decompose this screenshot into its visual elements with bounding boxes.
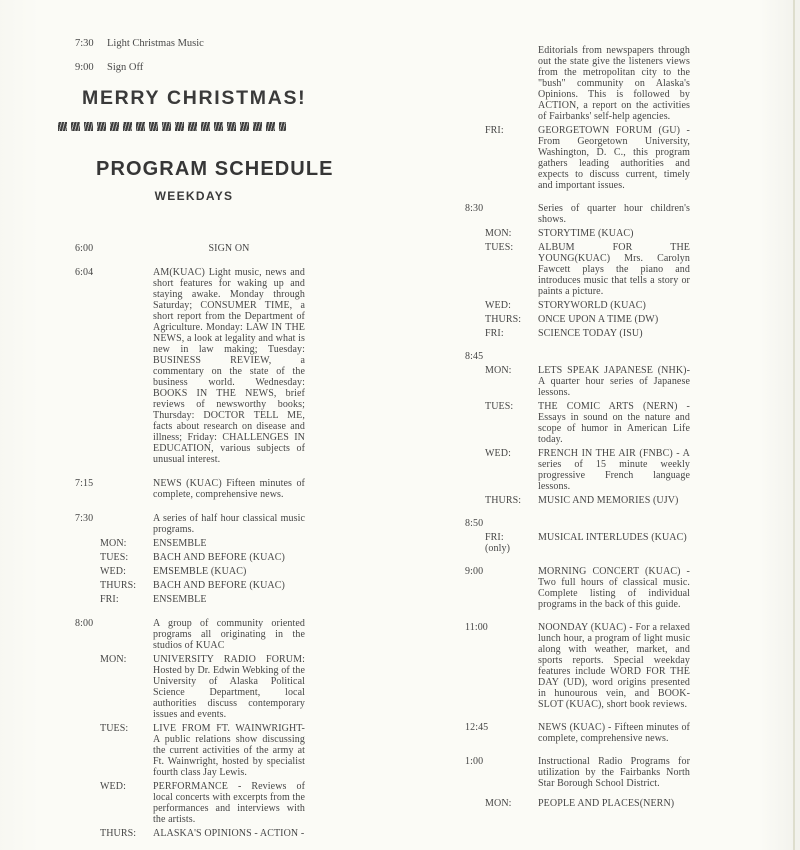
day-row: MON: PEOPLE AND PLACES(NERN) [465,798,690,809]
day-label: MON: [100,538,153,549]
day-row: MON: STORYTIME (KUAC) [465,228,690,239]
day-label: MON: [485,798,538,809]
schedule-entry: 8:30 Series of quarter hour children's s… [465,203,690,339]
title-group: PROGRAM SCHEDULE WEEKDAYS [96,158,292,203]
program-text: UNIVERSITY RADIO FORUM: Hosted by Dr. Ed… [153,654,305,720]
time-label: 8:50 [465,518,538,529]
day-row: THURS: ONCE UPON A TIME (DW) [465,314,690,325]
schedule-entry: 8:45 MON: LETS SPEAK JAPANESE (NHK)- A q… [465,351,690,506]
time-label: 6:04 [75,267,153,465]
day-label: THURS: [100,580,153,591]
program-text: LIVE FROM FT. WAINWRIGHT- A public relat… [153,723,305,778]
day-row: FRI: (only) MUSICAL INTERLUDES (KUAC) [465,532,690,554]
time-label [465,45,538,122]
program-text: MORNING CONCERT (KUAC) - Two full hours … [538,566,690,610]
day-label: WED: [100,566,153,577]
day-row: WED: PERFORMANCE - Reviews of local conc… [75,781,305,825]
time-label: 8:30 [465,203,538,225]
day-row: TUES: THE COMIC ARTS (NERN) - Essays in … [465,401,690,445]
schedule-entry: 6:04 AM(KUAC) Light music, news and shor… [75,267,305,465]
day-label: WED: [100,781,153,825]
day-row: FRI: ENSEMBLE [75,594,305,605]
day-label: TUES: [100,552,153,563]
schedule-entry: 7:15 NEWS (KUAC) Fifteen minutes of comp… [75,478,305,500]
program-text: SCIENCE TODAY (ISU) [538,328,690,339]
schedule-entry: 12:45 NEWS (KUAC) - Fifteen minutes of c… [465,722,690,744]
time-label: 11:00 [465,622,538,710]
program-text: PEOPLE AND PLACES(NERN) [538,798,690,809]
day-label: THURS: [485,314,538,325]
day-label: TUES: [485,401,538,445]
merry-christmas-banner: MERRY CHRISTMAS! [82,87,305,110]
time-label: 7:15 [75,478,153,500]
day-label: TUES: [485,242,538,297]
schedule-entry: Editorials from newspapers through out t… [465,45,690,191]
day-label: WED: [485,448,538,492]
page-header: 7:30 Light Christmas Music 9:00 Sign Off… [58,38,305,203]
program-text: STORYTIME (KUAC) [538,228,690,239]
program-text: FRENCH IN THE AIR (FNBC) - A series of 1… [538,448,690,492]
day-label: WED: [485,300,538,311]
time-label: 9:00 [75,62,107,74]
right-column: Editorials from newspapers through out t… [465,45,690,821]
schedule-entry: 8:00 A group of community oriented progr… [75,618,305,839]
day-row: THURS: MUSIC AND MEMORIES (UJV) [465,495,690,506]
time-label: 1:00 [465,756,538,789]
time-label: 7:30 [75,513,153,535]
schedule-entry: 6:00 SIGN ON [75,243,305,254]
day-row: WED: STORYWORLD (KUAC) [465,300,690,311]
time-label: 9:00 [465,566,538,610]
day-label: MON: [485,365,538,398]
program-text: Series of quarter hour children's shows. [538,203,690,225]
page-title: PROGRAM SCHEDULE [96,158,292,181]
program-text: GEORGETOWN FORUM (GU) - From Georgetown … [538,125,690,191]
program-text: A group of community oriented programs a… [153,618,305,651]
program-text: ENSEMBLE [153,594,305,605]
schedule-row: 7:30 Light Christmas Music [75,38,305,50]
day-row: MON: UNIVERSITY RADIO FORUM: Hosted by D… [75,654,305,720]
day-row: MON: ENSEMBLE [75,538,305,549]
program-text: THE COMIC ARTS (NERN) - Essays in sound … [538,401,690,445]
schedule-entry: 11:00 NOONDAY (KUAC) - For a relaxed lun… [465,622,690,710]
schedule-row: 9:00 Sign Off [75,62,305,74]
program-text: ALASKA'S OPINIONS - ACTION - [153,828,305,839]
day-row: TUES: ALBUM FOR THE YOUNG(KUAC) Mrs. Car… [465,242,690,297]
day-label: THURS: [485,495,538,506]
day-label: TUES: [100,723,153,778]
day-row: THURS: ALASKA'S OPINIONS - ACTION - [75,828,305,839]
program-text: MUSIC AND MEMORIES (UJV) [538,495,690,506]
program-text: AM(KUAC) Light music, news and short fea… [153,267,305,465]
time-label: 6:00 [75,243,153,254]
schedule-entry: 8:50 FRI: (only) MUSICAL INTERLUDES (KUA… [465,518,690,554]
program-text: Sign Off [107,62,143,74]
program-text: A series of half hour classical music pr… [153,513,305,535]
day-row: WED: EMSEMBLE (KUAC) [75,566,305,577]
program-text: ONCE UPON A TIME (DW) [538,314,690,325]
time-label: 7:30 [75,38,107,50]
time-label: 8:45 [465,351,538,362]
program-text: NOONDAY (KUAC) - For a relaxed lunch hou… [538,622,690,710]
day-row: FRI: SCIENCE TODAY (ISU) [465,328,690,339]
page-subtitle: WEEKDAYS [96,189,292,203]
program-text: LETS SPEAK JAPANESE (NHK)- A quarter hou… [538,365,690,398]
day-row: TUES: BACH AND BEFORE (KUAC) [75,552,305,563]
program-text: Editorials from newspapers through out t… [538,45,690,122]
day-label: MON: [485,228,538,239]
program-text: NEWS (KUAC) Fifteen minutes of complete,… [153,478,305,500]
day-row: WED: FRENCH IN THE AIR (FNBC) - A series… [465,448,690,492]
scanned-program-guide-page: 7:30 Light Christmas Music 9:00 Sign Off… [0,0,800,850]
day-label: FRI: (only) [485,532,538,554]
day-label: MON: [100,654,153,720]
program-text: BACH AND BEFORE (KUAC) [153,580,305,591]
program-text: PERFORMANCE - Reviews of local concerts … [153,781,305,825]
program-text [538,351,690,362]
day-row: MON: LETS SPEAK JAPANESE (NHK)- A quarte… [465,365,690,398]
day-label: FRI: [100,594,153,605]
time-label: 12:45 [465,722,538,744]
program-text: NEWS (KUAC) - Fifteen minutes of complet… [538,722,690,744]
program-text: MUSICAL INTERLUDES (KUAC) [538,532,690,554]
program-text: Light Christmas Music [107,38,204,50]
day-row: THURS: BACH AND BEFORE (KUAC) [75,580,305,591]
day-label: FRI: [485,125,538,191]
page-edge-shadow [793,0,795,850]
schedule-entry: 7:30 A series of half hour classical mus… [75,513,305,605]
garland-divider-icon [58,122,286,131]
left-column: 6:00 SIGN ON 6:04 AM(KUAC) Light music, … [75,243,305,850]
program-text: Instructional Radio Programs for utiliza… [538,756,690,789]
schedule-entry: 1:00 Instructional Radio Programs for ut… [465,756,690,809]
program-text: EMSEMBLE (KUAC) [153,566,305,577]
program-text: ENSEMBLE [153,538,305,549]
schedule-entry: 9:00 MORNING CONCERT (KUAC) - Two full h… [465,566,690,610]
day-note: (only) [485,543,538,554]
time-label: 8:00 [75,618,153,651]
day-label: FRI: [485,328,538,339]
day-row: FRI: GEORGETOWN FORUM (GU) - From George… [465,125,690,191]
program-text: ALBUM FOR THE YOUNG(KUAC) Mrs. Carolyn F… [538,242,690,297]
day-label: THURS: [100,828,153,839]
day-row: TUES: LIVE FROM FT. WAINWRIGHT- A public… [75,723,305,778]
program-text: BACH AND BEFORE (KUAC) [153,552,305,563]
program-text: SIGN ON [153,243,305,254]
program-text [538,518,690,529]
program-text: STORYWORLD (KUAC) [538,300,690,311]
